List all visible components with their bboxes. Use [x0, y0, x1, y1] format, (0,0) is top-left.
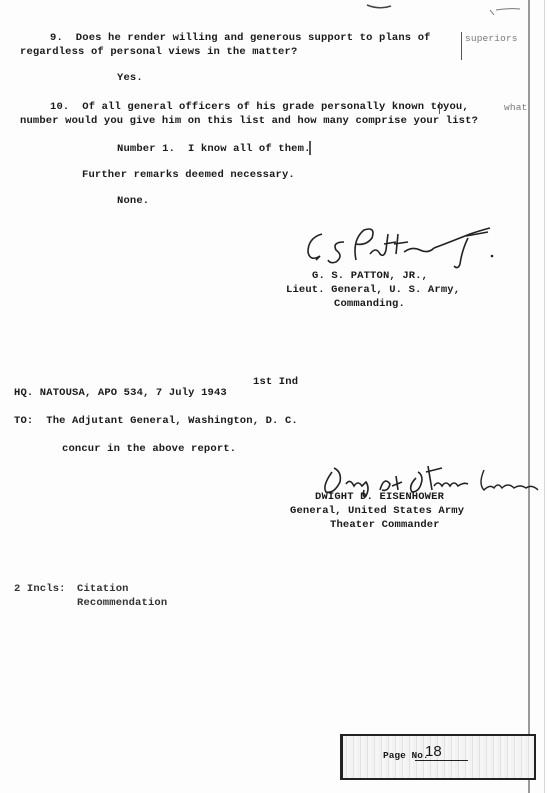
- question-10-answer: Number 1. I know all of them.: [117, 143, 311, 155]
- scan-edge-line: [544, 0, 545, 793]
- inclosure-item: Citation: [77, 583, 129, 595]
- patton-role: Commanding.: [334, 298, 405, 310]
- inclosures-label: 2 Incls:: [14, 583, 66, 595]
- scan-mark: [365, 2, 395, 12]
- page-number-stamp: Page No. 18: [340, 734, 536, 780]
- patton-rank: Lieut. General, U. S. Army,: [286, 284, 460, 296]
- patton-name: G. S. PATTON, JR.,: [312, 270, 428, 282]
- indorsement-header: HQ. NATOUSA, APO 534, 7 July 1943: [14, 387, 227, 399]
- inclosure-item: Recommendation: [77, 597, 167, 609]
- insert-mark: [439, 102, 440, 114]
- insert-mark: [309, 141, 311, 155]
- question-10-insert: you,: [443, 101, 469, 113]
- question-10-tail: what: [504, 102, 527, 113]
- question-9-answer: Yes.: [117, 72, 143, 84]
- scan-mark: [486, 6, 522, 18]
- page-number-value: 18: [415, 743, 468, 761]
- insert-mark: [461, 32, 462, 60]
- question-9-line2: regardless of personal views in the matt…: [20, 46, 297, 58]
- eisenhower-role: Theater Commander: [330, 519, 440, 531]
- indorsement-label: 1st Ind: [253, 376, 298, 388]
- question-9-line1: 9. Does he render willing and generous s…: [50, 32, 431, 44]
- patton-signature: [300, 220, 510, 270]
- remarks-label: Further remarks deemed necessary.: [82, 169, 295, 181]
- remarks-value: None.: [117, 195, 149, 207]
- scan-margin-line: [528, 0, 530, 793]
- eisenhower-name: DWIGHT D. EISENHOWER: [315, 491, 444, 503]
- eisenhower-rank: General, United States Army: [290, 505, 464, 517]
- question-10-line1: 10. Of all general officers of his grade…: [50, 101, 444, 113]
- indorsement-body: concur in the above report.: [62, 443, 236, 455]
- question-10-line2: number would you give him on this list a…: [20, 115, 478, 127]
- question-9-insert: superiors: [465, 33, 518, 44]
- indorsement-to: TO: The Adjutant General, Washington, D.…: [14, 415, 298, 427]
